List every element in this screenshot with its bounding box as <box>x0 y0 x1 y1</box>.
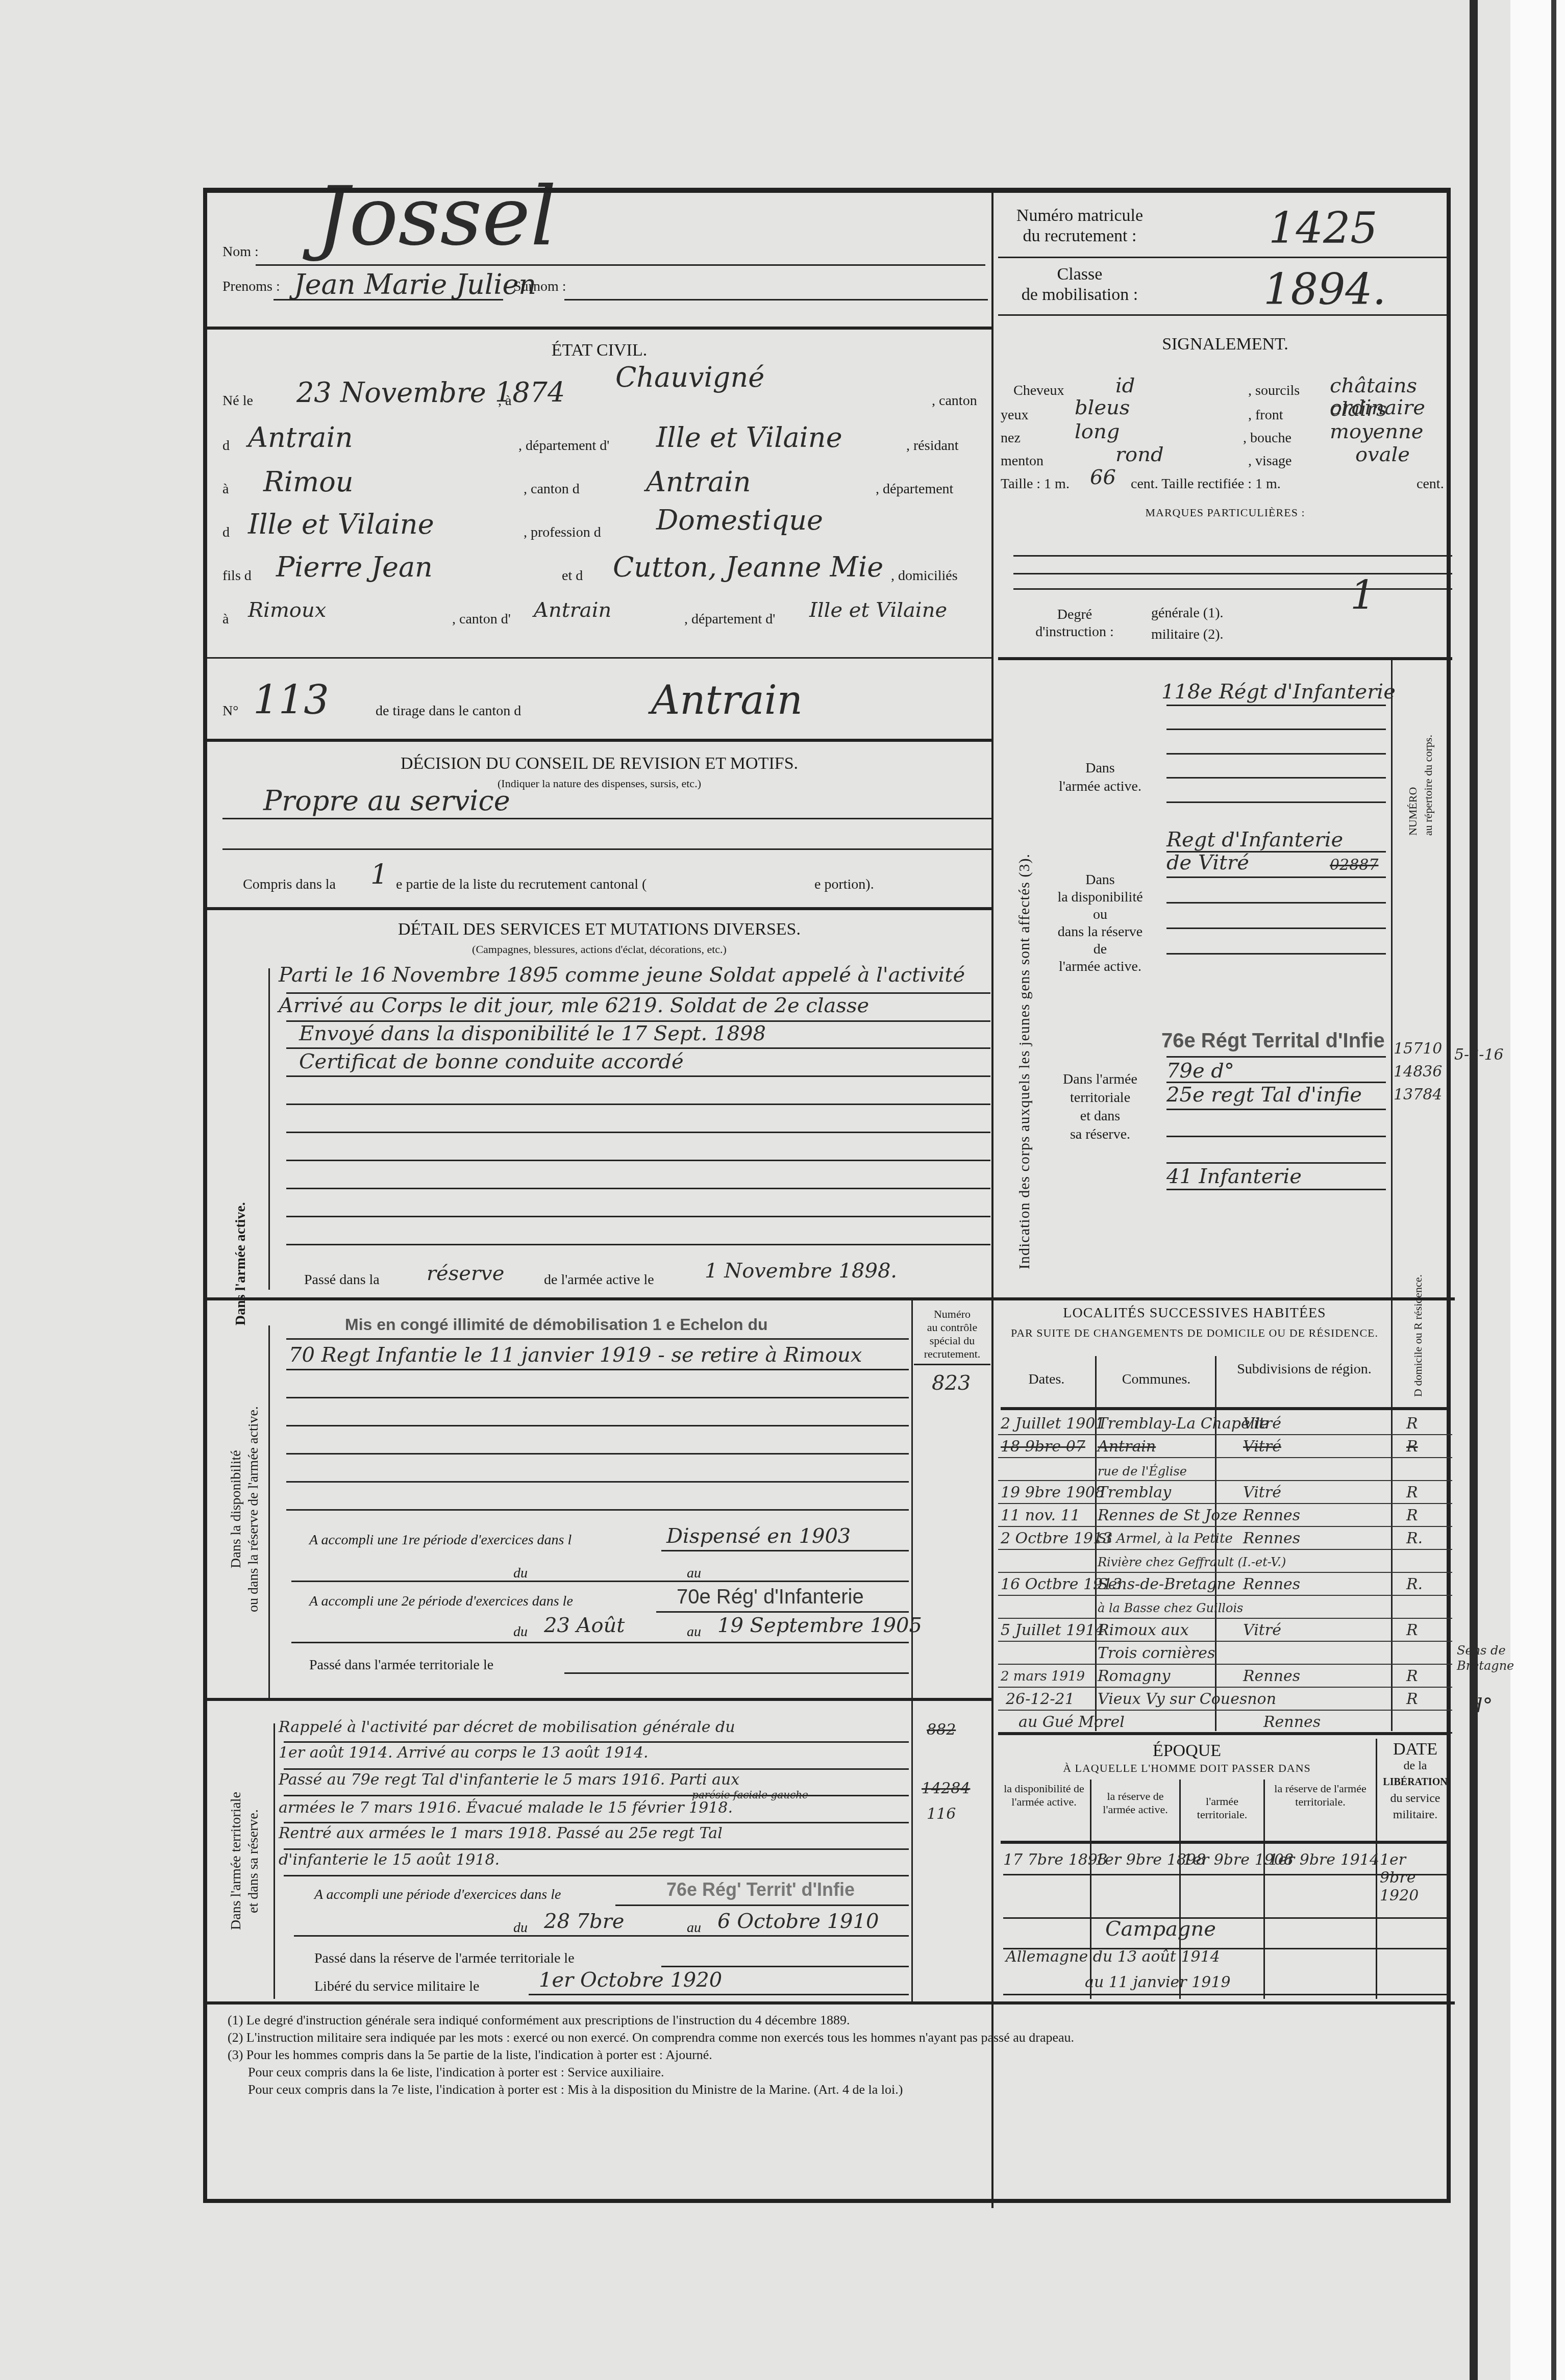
menton-value[interactable]: rond <box>1115 443 1164 466</box>
campagne-line-1: Allemagne du 13 août 1914 <box>1006 1948 1220 1966</box>
date-sub-1: de la <box>1378 1758 1452 1774</box>
divider <box>207 327 991 330</box>
residence-prefix: à <box>222 481 229 497</box>
departement3-value[interactable]: Ille et Vilaine <box>809 598 947 622</box>
matricule-value[interactable]: 1425 <box>1269 203 1378 253</box>
services-line-3[interactable]: Envoyé dans la disponibilité le 17 Sept.… <box>299 1022 766 1045</box>
loc-commune: St Armel, à la Petite <box>1098 1531 1233 1546</box>
loc-subdivision: Vitré <box>1243 1621 1281 1639</box>
generale-label: générale (1). <box>1151 605 1223 621</box>
a-label: , à <box>498 393 511 409</box>
marques-label: MARQUES PARTICULIÈRES : <box>998 506 1452 519</box>
bouche-value[interactable]: moyenne <box>1330 420 1423 443</box>
ruled-line <box>286 1397 909 1398</box>
terr-label-line1: Dans l'armée <box>1044 1070 1156 1089</box>
table-row: 2 Juillet 1901 Tremblay-La Chapelle Vitr… <box>998 1412 1452 1435</box>
ruled-line <box>1166 876 1386 878</box>
active-label: Dans l'armée active. <box>1044 759 1156 796</box>
ruled-line <box>286 1481 909 1483</box>
loc-subdivision: Vitré <box>1243 1484 1281 1501</box>
front-label: , front <box>1248 407 1283 423</box>
binder-edge <box>1470 0 1478 2380</box>
domicile-prefix: à <box>222 611 229 628</box>
loc-subdivision: Vitré <box>1243 1438 1281 1456</box>
nom-field-line <box>256 264 985 266</box>
loc-dr: R <box>1406 1690 1418 1708</box>
periode2-du-label: du <box>513 1624 528 1640</box>
header-underline <box>1001 1841 1450 1844</box>
epoque-col-divider <box>1090 1780 1091 1999</box>
loc-commune: rue de l'Église <box>1098 1464 1187 1479</box>
cheveux-value[interactable]: id <box>1115 374 1135 397</box>
domicile-value[interactable]: Rimoux <box>248 598 326 622</box>
libere-value[interactable]: 1er Octobre 1920 <box>539 1968 722 1992</box>
classe-label: Classe de mobilisation : <box>998 264 1161 305</box>
table-row: à la Basse chez Guillois <box>998 1596 1452 1619</box>
ruled-line <box>284 1822 909 1823</box>
terr-line-3[interactable]: Passé au 79e regt Tal d'infanterie le 5 … <box>279 1771 739 1789</box>
passe-value[interactable]: réserve <box>427 1262 504 1285</box>
et-label: et d <box>562 568 583 584</box>
surnom-field-line <box>564 299 988 300</box>
numero-controle-line1: Numéro <box>914 1308 990 1321</box>
terr-value-2[interactable]: 79e d° <box>1166 1059 1234 1083</box>
ruled-line <box>1166 1162 1386 1164</box>
date-sub-4: militaire. <box>1378 1807 1452 1823</box>
dispo-value-2[interactable]: de Vitré <box>1166 851 1249 874</box>
decision-value[interactable]: Propre au service <box>263 785 510 817</box>
active-corps-value[interactable]: 118e Régt d'Infanterie <box>1161 680 1396 704</box>
loc-date: 2 Juillet 1901 <box>1001 1415 1105 1433</box>
loc-date: 18 9bre 07 <box>1001 1438 1085 1456</box>
canton-value[interactable]: Antrain <box>248 421 353 454</box>
periode2-au-value[interactable]: 19 Septembre 1905 <box>717 1614 922 1637</box>
compris-label-2: e partie de la liste du recrutement cant… <box>396 876 647 893</box>
ruled-line <box>286 1188 990 1189</box>
numero-column-divider <box>911 1700 913 2001</box>
campagne-line-2: au 11 janvier 1919 <box>1085 1973 1230 1991</box>
visage-value[interactable]: ovale <box>1355 443 1410 466</box>
demobilisation-stamp: Mis en congé illimité de démobilisation … <box>345 1315 768 1334</box>
col-dates: Dates. <box>998 1371 1095 1388</box>
canton2-label: , canton d <box>524 481 580 497</box>
signalement-title: SIGNALEMENT. <box>998 335 1452 354</box>
departement-label: , département d' <box>518 438 609 454</box>
passe-label: Passé dans la <box>304 1272 380 1288</box>
services-side-bracket <box>268 968 270 1290</box>
disponibilite-side-label: Dans la disponibilité ou dans la réserve… <box>228 1331 262 1688</box>
epoque-subtitle: À LAQUELLE L'HOMME DOIT PASSER DANS <box>998 1762 1376 1775</box>
bouche-label: , bouche <box>1243 430 1291 446</box>
divider <box>998 657 1452 660</box>
taille-value[interactable]: 66 <box>1090 466 1116 489</box>
services-line-4[interactable]: Certificat de bonne conduite accordé <box>299 1050 684 1073</box>
ruled-line <box>1166 1109 1386 1110</box>
loc-subdivision: Rennes <box>1263 1713 1321 1731</box>
decision-title: DÉCISION DU CONSEIL DE REVISION ET MOTIF… <box>207 754 991 773</box>
loc-commune: Rimoux aux <box>1098 1621 1189 1639</box>
services-subtitle: (Campagnes, blessures, actions d'éclat, … <box>207 943 991 956</box>
numero-column-divider <box>1391 657 1393 1297</box>
loc-commune: Romagny <box>1098 1667 1170 1685</box>
ruled-line <box>1166 1056 1386 1058</box>
loc-dr: R <box>1406 1438 1418 1456</box>
active-label-line1: Dans <box>1044 759 1156 778</box>
margin-note-sens: Sens de Bretagne <box>1457 1643 1508 1673</box>
loc-dr: R <box>1406 1621 1418 1639</box>
front-value[interactable]: ordinaire <box>1330 396 1425 419</box>
campagne-label: Campagne <box>1105 1917 1216 1941</box>
epoque-title: ÉPOQUE <box>998 1741 1376 1761</box>
terr-side-line2: et dans sa réserve. <box>245 1809 261 1913</box>
marques-line <box>1013 555 1452 557</box>
prenoms-value[interactable]: Jean Marie Julien <box>294 268 536 300</box>
ruled-line <box>286 1338 909 1340</box>
birth-place[interactable]: Chauvigné <box>615 361 764 393</box>
terr-line-5[interactable]: Rentré aux armées le 1 mars 1918. Passé … <box>279 1824 723 1842</box>
terr-du-value[interactable]: 28 7bre <box>544 1910 624 1933</box>
periode2-label: A accompli une 2e période d'exercices da… <box>309 1593 573 1610</box>
tirage-no-label: N° <box>222 703 238 719</box>
territoriale-label: Dans l'armée territoriale et dans sa rés… <box>1044 1070 1156 1144</box>
terr-side-bracket <box>274 1723 275 1999</box>
ruled-line <box>1166 1136 1386 1137</box>
ruled-line <box>1166 928 1386 929</box>
loc-subdivision: Rennes <box>1243 1507 1300 1524</box>
classe-label-line1: Classe <box>998 264 1161 285</box>
profession-label: , profession d <box>524 524 601 541</box>
terr-num-1: 882 <box>927 1721 956 1739</box>
table-row: au Gué Morel Rennes <box>998 1711 1452 1734</box>
dispo-side-bracket <box>268 1325 270 1698</box>
loc-subdivision: Rennes <box>1243 1667 1300 1685</box>
numero-controle-line4: recrutement. <box>914 1347 990 1361</box>
loc-commune: Rivière chez Geffrault (I.-et-V.) <box>1098 1555 1286 1569</box>
epoque-col-3: l'armée territoriale. <box>1182 1795 1262 1821</box>
table-row: 5 Juillet 1914 Rimoux aux Vitré R <box>998 1619 1452 1642</box>
terr-au-label: au <box>687 1920 701 1936</box>
loc-commune: Rennes de St Joze <box>1098 1507 1237 1524</box>
terr-num-2: 14836 <box>1394 1063 1442 1081</box>
divider <box>207 1698 991 1701</box>
dispo-label-line2: la disponibilité <box>1044 889 1156 906</box>
terr-line-1[interactable]: Rappelé à l'activité par décret de mobil… <box>279 1718 735 1736</box>
ruled-line <box>1166 801 1386 803</box>
corps-affectes-label: Indication des corps auxquels les jeunes… <box>1016 683 1033 1269</box>
loc-dr: R <box>1406 1507 1418 1524</box>
loc-date: 2 mars 1919 <box>1001 1669 1085 1684</box>
dept2-value[interactable]: Ille et Vilaine <box>248 508 434 540</box>
page-edge <box>1510 0 1565 2380</box>
services-line-1[interactable]: Parti le 16 Novembre 1895 comme jeune So… <box>279 963 965 987</box>
profession-value[interactable]: Domestique <box>656 504 823 536</box>
nez-label: nez <box>1001 430 1021 446</box>
loc-commune: Trois cornières <box>1098 1644 1215 1662</box>
compris-value[interactable]: 1 <box>370 859 388 891</box>
terr-periode-label: A accompli une période d'exercices dans … <box>314 1887 561 1903</box>
ruled-line <box>286 1132 990 1133</box>
terr-num-2: 14284 <box>922 1780 970 1797</box>
loc-commune: Antrain <box>1098 1438 1156 1456</box>
ruled-line <box>615 1905 909 1906</box>
terr-stamp: 76e Régt Territal d'Infie <box>1161 1030 1385 1053</box>
military-register-form: Nom : Prenoms : Jean Marie Julien Surnom… <box>203 188 1451 2203</box>
footnote-1: (1) Le degré d'instruction générale sera… <box>228 2012 1442 2029</box>
ruled-line <box>1003 1917 1450 1919</box>
ruled-line <box>284 1768 909 1770</box>
date-sub-2: LIBÉRATION <box>1378 1774 1452 1790</box>
date-sub-3: du service <box>1378 1790 1452 1807</box>
degre-label: Degré d'instruction : <box>1008 606 1141 641</box>
numero-repertoire-label-2: au répertoire du corps. <box>1422 683 1435 836</box>
periode2-du-value[interactable]: 23 Août <box>544 1614 625 1637</box>
terr-num-1: 15710 <box>1394 1040 1442 1058</box>
degre-label-line2: d'instruction : <box>1008 623 1141 641</box>
terr-au-value[interactable]: 6 Octobre 1910 <box>717 1910 879 1933</box>
terr-value-4[interactable]: 41 Infanterie <box>1166 1165 1302 1188</box>
loc-dr: R <box>1406 1667 1418 1685</box>
footnote-2: (2) L'instruction militaire sera indiqué… <box>228 2029 1442 2046</box>
canton2-value[interactable]: Antrain <box>646 466 751 498</box>
numero-controle-label: Numéro au contrôle spécial du recrutemen… <box>914 1308 990 1361</box>
taille-label: Taille : 1 m. <box>1001 476 1070 492</box>
nez-value[interactable]: long <box>1075 420 1120 443</box>
terr-line-2[interactable]: 1er août 1914. Arrivé au corps le 13 aoû… <box>279 1744 649 1762</box>
loc-commune: Tremblay <box>1098 1484 1171 1501</box>
marques-line <box>1013 573 1452 574</box>
epoque-col-divider <box>1263 1780 1265 1999</box>
numero-repertoire-label-1: NUMÉRO <box>1406 683 1420 836</box>
services-line-2[interactable]: Arrivé au Corps le dit jour, mle 6219. S… <box>279 994 869 1017</box>
ruled-line <box>286 1104 990 1105</box>
epoque-col-divider <box>1179 1780 1181 1999</box>
localites-title: LOCALITÉS SUCCESSIVES HABITÉES <box>998 1305 1391 1321</box>
ruled-line <box>1166 705 1386 706</box>
loc-subdivision: Rennes <box>1243 1575 1300 1593</box>
epoque-col-4: la réserve de l'armée territoriale. <box>1266 1782 1375 1809</box>
matricule-label-line2: du recrutement : <box>998 226 1161 246</box>
ruled-line <box>1003 1994 1450 1995</box>
ruled-line <box>661 1550 909 1551</box>
ruled-line <box>1166 729 1386 730</box>
divider <box>998 257 1450 258</box>
dispo-value-1[interactable]: Regt d'Infanterie <box>1166 828 1343 851</box>
table-row: Trois cornières <box>998 1642 1452 1665</box>
ne-le-label: Né le <box>222 393 253 409</box>
numero-controle-value[interactable]: 823 <box>932 1371 971 1395</box>
passe-date[interactable]: 1 Novembre 1898. <box>705 1259 897 1283</box>
ruled-line <box>1166 777 1386 779</box>
periode2-au-label: au <box>687 1624 701 1640</box>
loc-date: 5 Juillet 1914 <box>1001 1621 1105 1639</box>
surnom-label: Surnom : <box>513 279 566 295</box>
tirage-label: de tirage dans le canton d <box>376 703 521 719</box>
ruled-line <box>284 1875 909 1876</box>
father-name[interactable]: Pierre Jean <box>276 551 433 583</box>
menton-label: menton <box>1001 453 1044 469</box>
epoque-col-1: la disponibilité de l'armée active. <box>1001 1782 1087 1809</box>
ruled-line <box>286 1160 990 1161</box>
departement-value[interactable]: Ille et Vilaine <box>656 421 842 454</box>
dispo-label-line3: ou <box>1044 906 1156 923</box>
ruled-line <box>529 1994 909 1995</box>
terr-du-label: du <box>513 1920 528 1936</box>
ruled-line <box>291 1642 909 1643</box>
ruled-line <box>1003 1874 1450 1875</box>
residence-value[interactable]: Rimou <box>263 466 353 498</box>
mother-name[interactable]: Cutton, Jeanne Mie <box>613 551 883 583</box>
birth-date[interactable]: 23 Novembre 1874 <box>296 377 565 409</box>
divider <box>207 1297 1455 1300</box>
table-row: 26-12-21 Vieux Vy sur Couesnon R <box>998 1688 1452 1711</box>
table-row: rue de l'Église <box>998 1458 1452 1481</box>
loc-subdivision: Vitré <box>1243 1415 1281 1433</box>
periode1-value[interactable]: Dispensé en 1903 <box>666 1524 851 1548</box>
militaire-label: militaire (2). <box>1151 627 1224 643</box>
terr-periode-stamp: 76e Rég' Territ' d'Infie <box>666 1879 855 1900</box>
sourcils-label: , sourcils <box>1248 383 1300 399</box>
table-row: 2 Octbre 1913 St Armel, à la Petite Renn… <box>998 1527 1452 1550</box>
loc-dr: R <box>1406 1415 1418 1433</box>
ruled-line <box>286 1216 990 1217</box>
yeux-label: yeux <box>1001 407 1028 423</box>
date-title: DATE <box>1378 1741 1452 1758</box>
terr-value-3[interactable]: 25e regt Tal d'infie <box>1166 1083 1362 1107</box>
epoque-col-2: la réserve de l'armée active. <box>1092 1790 1178 1816</box>
dr-label: D domicile ou R résidence. <box>1411 1305 1425 1397</box>
active-label-line2: l'armée active. <box>1044 778 1156 796</box>
ruled-line <box>1166 753 1386 755</box>
header-underline <box>1001 1407 1450 1410</box>
footnote-4: Pour ceux compris dans la 6e liste, l'in… <box>228 2064 1442 2081</box>
dept2-prefix: d <box>222 524 230 541</box>
table-row: 16 Octbre 1913 Sens-de-Bretagne Rennes R… <box>998 1573 1452 1596</box>
ruled-line <box>286 1453 909 1455</box>
taille-rectifiee-label: cent. Taille rectifiée : 1 m. <box>1131 476 1281 492</box>
loc-dr: R <box>1406 1484 1418 1501</box>
marques-line <box>1013 588 1452 590</box>
visage-label: , visage <box>1248 453 1292 469</box>
terr-label-line4: sa réserve. <box>1044 1125 1156 1144</box>
dispo-label-line6: l'armée active. <box>1044 958 1156 975</box>
table-row: 2 mars 1919 Romagny Rennes R <box>998 1665 1452 1688</box>
ruled-line <box>286 1425 909 1426</box>
ruled-line <box>291 1581 909 1582</box>
ruled-line <box>661 1966 909 1967</box>
canton3-label: , canton d' <box>452 611 511 628</box>
epoque-value-reserve-territoriale: 1er 9bre 1914 <box>1269 1851 1379 1869</box>
loc-date: 26-12-21 <box>1006 1690 1075 1708</box>
services-side-label: Dans l'armée active. <box>233 1019 249 1325</box>
numero-controle-divider <box>911 1300 913 1698</box>
terr-label-line3: et dans <box>1044 1107 1156 1125</box>
nom-label: Nom : <box>222 244 259 260</box>
divider <box>207 739 991 742</box>
passe-label-2: de l'armée active le <box>544 1272 654 1288</box>
numero-controle-line2: au contrôle <box>914 1321 990 1334</box>
classe-label-line2: de mobilisation : <box>998 285 1161 305</box>
generale-value[interactable]: 1 <box>1350 573 1376 619</box>
tirage-canton-value[interactable]: Antrain <box>651 678 803 723</box>
terr-num-3: 116 <box>927 1805 956 1823</box>
table-row: Rivière chez Geffrault (I.-et-V.) <box>998 1550 1452 1573</box>
numero-controle-line3: spécial du <box>914 1334 990 1347</box>
territoriale-label: Passé dans l'armée territoriale le <box>309 1657 493 1673</box>
matricule-label: Numéro matricule du recrutement : <box>998 206 1161 246</box>
page-edge-line <box>1551 0 1556 2380</box>
date-liberation-value: 1er 9bre 1920 <box>1380 1851 1447 1905</box>
canton3-value[interactable]: Antrain <box>534 598 611 622</box>
etat-civil-title: ÉTAT CIVIL. <box>207 341 991 360</box>
ruled-line <box>656 1611 909 1613</box>
margin-note-do: d° <box>1470 1694 1493 1717</box>
terr-side-line1: Dans l'armée territoriale <box>228 1792 244 1931</box>
fils-label: fils d <box>222 568 252 584</box>
dispo-side-line2: ou dans la réserve de l'armée active. <box>245 1406 261 1612</box>
compris-label-3: e portion). <box>814 876 874 893</box>
terr-reserve-label: Passé dans la réserve de l'armée territo… <box>314 1950 575 1967</box>
yeux-value[interactable]: bleus <box>1075 396 1130 419</box>
table-row: 11 nov. 11 Rennes de St Joze Rennes R <box>998 1504 1452 1527</box>
domicilies-label: , domiciliés <box>891 568 958 584</box>
ruled-line <box>1166 902 1386 904</box>
services-title: DÉTAIL DES SERVICES ET MUTATIONS DIVERSE… <box>207 920 991 939</box>
divider <box>998 314 1450 316</box>
ruled-line <box>286 1369 909 1370</box>
divider <box>914 1364 990 1365</box>
ruled-line <box>286 1244 990 1245</box>
compris-label: Compris dans la <box>243 876 336 893</box>
demobilisation-line-2[interactable]: 70 Regt Infantie le 11 janvier 1919 - se… <box>289 1343 862 1367</box>
date-liberation-divider <box>1376 1739 1377 1999</box>
loc-commune: au Gué Morel <box>1019 1713 1125 1731</box>
dispo-side-line1: Dans la disponibilité <box>228 1450 244 1568</box>
dispo-number[interactable]: 02887 <box>1330 856 1378 874</box>
date-liberation-header: DATE de la LIBÉRATION du service militai… <box>1378 1741 1452 1823</box>
terr-line-4[interactable]: armées le 7 mars 1916. Évacué malade le … <box>279 1799 733 1817</box>
epoque-value-disponibilite: 17 7bre 1898 <box>1003 1851 1107 1869</box>
ruled-line <box>1166 1189 1386 1190</box>
tirage-no-value[interactable]: 113 <box>253 678 329 723</box>
divider <box>207 657 991 659</box>
loc-date: 2 Octbre 1913 <box>1001 1530 1112 1547</box>
dispo-label-line1: Dans <box>1044 871 1156 889</box>
divider <box>207 907 991 910</box>
cheveux-label: Cheveux <box>1013 383 1064 399</box>
departement3-label: , département d' <box>684 611 775 628</box>
loc-date: 11 nov. 11 <box>1001 1507 1080 1524</box>
classe-value[interactable]: 1894. <box>1263 264 1386 314</box>
loc-date: 19 9bre 1908 <box>1001 1484 1105 1501</box>
ruled-line <box>294 1935 909 1937</box>
ruled-line <box>286 1047 990 1049</box>
terr-line-6[interactable]: d'infanterie le 15 août 1918. <box>279 1851 500 1869</box>
localites-subtitle: PAR SUITE DE CHANGEMENTS DE DOMICILE OU … <box>998 1326 1391 1340</box>
loc-commune: à la Basse chez Guillois <box>1098 1601 1243 1615</box>
decision-line <box>222 848 991 850</box>
libere-label: Libéré du service militaire le <box>314 1978 479 1995</box>
loc-dr: R. <box>1406 1575 1423 1593</box>
periode2-value[interactable]: 70e Rég' d'Infanterie <box>677 1586 864 1609</box>
ruled-line <box>284 1795 909 1796</box>
footnotes-divider <box>207 2001 1455 2005</box>
periode1-au-label: au <box>687 1565 701 1582</box>
loc-dr: R. <box>1406 1530 1423 1547</box>
ruled-line <box>564 1672 909 1674</box>
prenoms-label: Prenoms : <box>222 279 280 295</box>
ruled-line <box>286 1075 990 1077</box>
footnote-3: (3) Pour les hommes compris dans la 5e p… <box>228 2046 1442 2064</box>
